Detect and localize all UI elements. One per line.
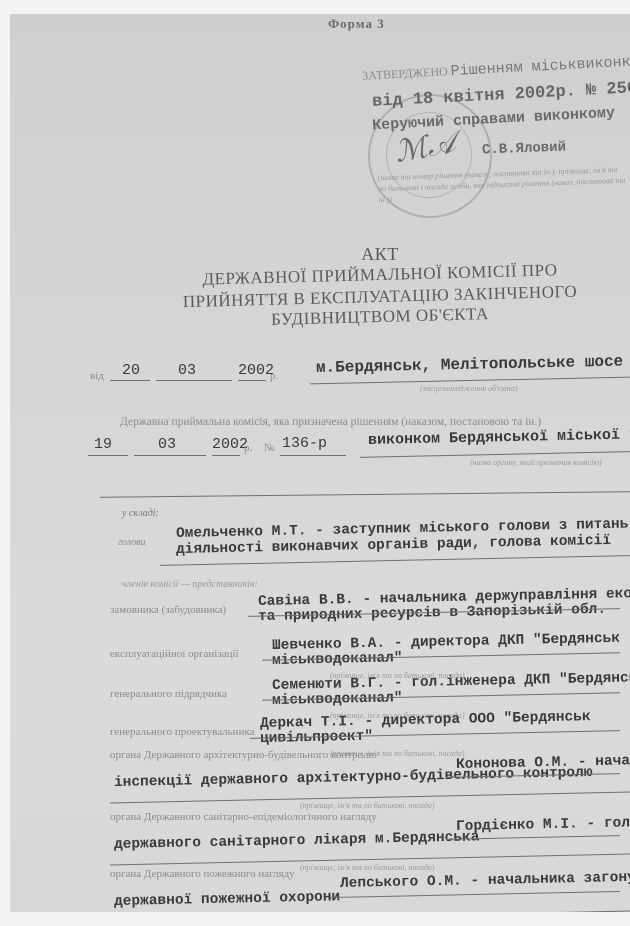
location-caption: (місцезнаходження об'єкта)	[420, 384, 517, 393]
member-name-line-2: державного санітарного лікаря м.Бердянсь…	[114, 829, 480, 853]
member-name-line-1: Семенюти В.Г. - гол.інженера ДКП "Бердян…	[272, 670, 630, 694]
member-caption: (прізвище, ім'я та по батькові, посада)	[300, 801, 435, 810]
approved-label: ЗАТВЕРДЖЕНО	[362, 64, 448, 82]
order-month: 03	[158, 436, 176, 453]
date-prefix: від	[90, 370, 104, 382]
order-year-suffix: р.	[244, 442, 252, 454]
act-month: 03	[178, 362, 196, 379]
members-label: членів комісії — представників:	[122, 579, 258, 590]
approved-by: Рішенням міськвиконкому	[450, 52, 630, 80]
form-number: Форма 3	[328, 16, 385, 32]
act-day: 20	[122, 362, 140, 379]
issuer-caption: (назва органу, який призначив комісію)	[470, 458, 602, 467]
order-number-label: №	[264, 442, 275, 454]
member-role-label: органа Державного пожежного нагляду	[110, 868, 295, 880]
member-name-line-2: інспекції державного архітектурно-будіве…	[114, 765, 593, 791]
order-day: 19	[94, 436, 112, 453]
member-name-line-1: Гордієнко М.І. - головного	[456, 814, 630, 835]
member-caption: (прізвище, ім'я та по батькові, посада)	[300, 863, 435, 872]
approval-signatory: С.В.Яловий	[482, 140, 567, 159]
member-name-line-1: Лепського О.М. - начальника загону	[340, 870, 630, 892]
member-role-label: генерального підрядчика	[110, 688, 227, 700]
approval-line-1: ЗАТВЕРДЖЕНО Рішенням міськвиконкому	[362, 52, 630, 84]
member-name-line-1: Шевченко В.А. - директора ДКП "Бердянськ	[272, 631, 620, 654]
order-number: 136-р	[282, 435, 327, 452]
scanned-document-page: Форма 3 ℳ𝒜 ЗАТВЕРДЖЕНО Рішенням міськвик…	[10, 14, 630, 912]
order-year: 2002	[212, 436, 248, 453]
member-name-line-1: Деркач Т.І. - директора ООО "Бердянськ	[260, 709, 591, 732]
member-role-label: генерального проектувальника	[110, 726, 255, 738]
member-role-label: замовника (забудовника)	[110, 604, 226, 616]
object-location: м.Бердянськ, Мелітопольське шосе	[316, 353, 624, 377]
member-role-label: органа Державного санітарно-епідеміологі…	[110, 811, 377, 823]
year-suffix: р.	[270, 370, 278, 382]
order-issuer: виконком Бердянської міської ради	[368, 426, 630, 449]
chair-label: голови	[118, 537, 145, 548]
commission-intro: Державна приймальна комісія, яка признач…	[120, 416, 541, 428]
act-year: 2002	[238, 362, 274, 379]
member-role-label: експлуатаційної організації	[110, 648, 239, 660]
member-role-label: органа Державного архітектурно-будівельн…	[110, 749, 377, 761]
composition-label: у складі:	[122, 508, 159, 519]
member-name-line-2: державної пожежної охорони	[114, 889, 341, 910]
